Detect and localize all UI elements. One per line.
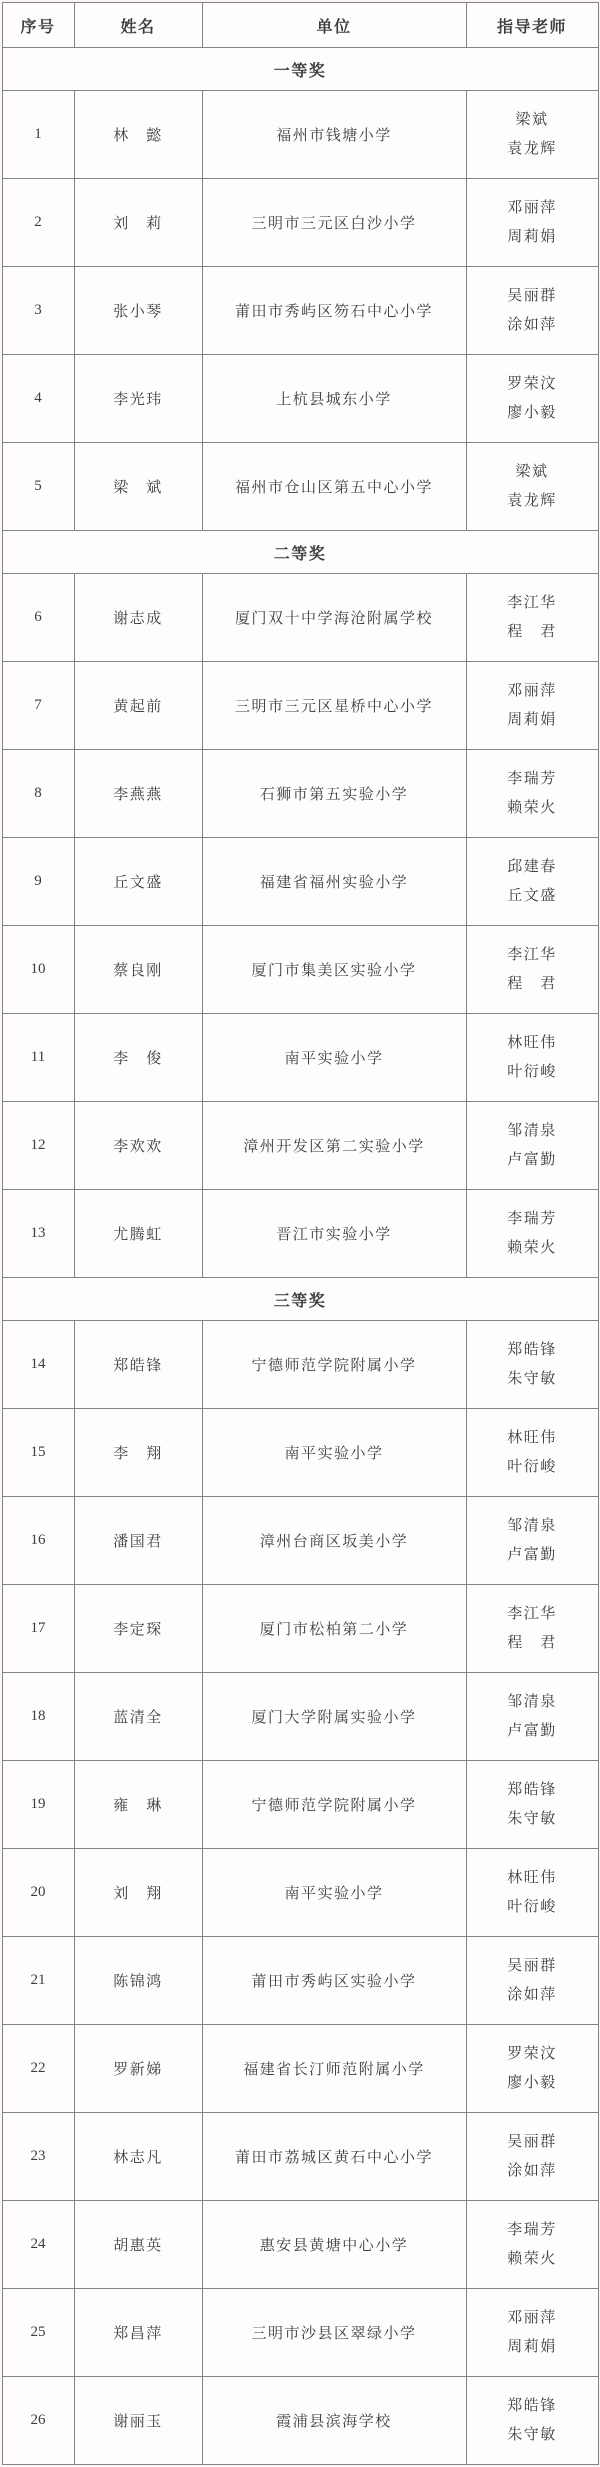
teacher-name: 吴丽群	[467, 288, 598, 304]
cell-no: 25	[2, 2289, 74, 2377]
cell-teachers: 罗荣汶廖小毅	[466, 355, 598, 443]
header-row: 序号 姓名 单位 指导老师	[2, 3, 598, 48]
teacher-name: 邱建春	[467, 859, 598, 875]
table-row: 18蓝清全厦门大学附属实验小学邹清泉卢富勤	[2, 1673, 598, 1761]
section-row: 一等奖	[2, 48, 598, 91]
col-header-unit: 单位	[202, 3, 466, 48]
cell-name: 林 懿	[74, 91, 202, 179]
teacher-name: 林旺伟	[467, 1035, 598, 1051]
cell-unit: 南平实验小学	[202, 1014, 466, 1102]
cell-unit: 三明市沙县区翠绿小学	[202, 2289, 466, 2377]
section-title: 三等奖	[2, 1278, 598, 1321]
cell-name: 李 俊	[74, 1014, 202, 1102]
teacher-name: 赖荣火	[467, 800, 598, 816]
cell-name: 胡惠英	[74, 2201, 202, 2289]
cell-unit: 厦门双十中学海沧附属学校	[202, 574, 466, 662]
cell-name: 蔡良刚	[74, 926, 202, 1014]
cell-name: 雍 琳	[74, 1761, 202, 1849]
cell-teachers: 李瑞芳赖荣火	[466, 2201, 598, 2289]
table-row: 25郑昌萍三明市沙县区翠绿小学邓丽萍周莉娟	[2, 2289, 598, 2377]
section-title: 二等奖	[2, 531, 598, 574]
cell-teachers: 林旺伟叶衍峻	[466, 1014, 598, 1102]
cell-unit: 福建省福州实验小学	[202, 838, 466, 926]
table-row: 9丘文盛福建省福州实验小学邱建春丘文盛	[2, 838, 598, 926]
cell-name: 张小琴	[74, 267, 202, 355]
teacher-name: 罗荣汶	[467, 376, 598, 392]
teacher-name: 赖荣火	[467, 2251, 598, 2267]
cell-unit: 宁德师范学院附属小学	[202, 1321, 466, 1409]
cell-name: 刘 翔	[74, 1849, 202, 1937]
cell-unit: 南平实验小学	[202, 1849, 466, 1937]
teacher-name: 叶衍峻	[467, 1459, 598, 1475]
cell-name: 尤腾虹	[74, 1190, 202, 1278]
cell-name: 李定琛	[74, 1585, 202, 1673]
cell-teachers: 郑皓锋朱守敏	[466, 2377, 598, 2465]
table-row: 17李定琛厦门市松柏第二小学李江华程 君	[2, 1585, 598, 1673]
table-row: 15李 翔南平实验小学林旺伟叶衍峻	[2, 1409, 598, 1497]
table-row: 10蔡良刚厦门市集美区实验小学李江华程 君	[2, 926, 598, 1014]
teacher-name: 朱守敏	[467, 1811, 598, 1827]
teacher-name: 程 君	[467, 976, 598, 992]
cell-unit: 福州市钱塘小学	[202, 91, 466, 179]
teacher-name: 梁斌	[467, 464, 598, 480]
teacher-name: 林旺伟	[467, 1430, 598, 1446]
cell-unit: 莆田市荔城区黄石中心小学	[202, 2113, 466, 2201]
cell-teachers: 李江华程 君	[466, 574, 598, 662]
cell-no: 20	[2, 1849, 74, 1937]
teacher-name: 李江华	[467, 947, 598, 963]
cell-unit: 三明市三元区白沙小学	[202, 179, 466, 267]
teacher-name: 梁斌	[467, 112, 598, 128]
cell-name: 郑昌萍	[74, 2289, 202, 2377]
cell-teachers: 李瑞芳赖荣火	[466, 1190, 598, 1278]
cell-no: 8	[2, 750, 74, 838]
teacher-name: 袁龙辉	[467, 141, 598, 157]
table-row: 22罗新娣福建省长汀师范附属小学罗荣汶廖小毅	[2, 2025, 598, 2113]
cell-name: 李欢欢	[74, 1102, 202, 1190]
teacher-name: 廖小毅	[467, 405, 598, 421]
cell-unit: 福建省长汀师范附属小学	[202, 2025, 466, 2113]
award-table: 序号 姓名 单位 指导老师 一等奖1林 懿福州市钱塘小学梁斌袁龙辉2刘 莉三明市…	[2, 2, 599, 2465]
cell-unit: 漳州台商区坂美小学	[202, 1497, 466, 1585]
table-row: 24胡惠英惠安县黄塘中心小学李瑞芳赖荣火	[2, 2201, 598, 2289]
teacher-name: 涂如萍	[467, 2163, 598, 2179]
cell-no: 16	[2, 1497, 74, 1585]
cell-no: 26	[2, 2377, 74, 2465]
cell-name: 丘文盛	[74, 838, 202, 926]
teacher-name: 周莉娟	[467, 2339, 598, 2355]
teacher-name: 李瑞芳	[467, 1211, 598, 1227]
cell-teachers: 吴丽群涂如萍	[466, 2113, 598, 2201]
cell-no: 10	[2, 926, 74, 1014]
teacher-name: 卢富勤	[467, 1152, 598, 1168]
cell-unit: 厦门市集美区实验小学	[202, 926, 466, 1014]
cell-teachers: 李江华程 君	[466, 1585, 598, 1673]
teacher-name: 李瑞芳	[467, 2222, 598, 2238]
teacher-name: 李江华	[467, 1606, 598, 1622]
teacher-name: 廖小毅	[467, 2075, 598, 2091]
teacher-name: 周莉娟	[467, 712, 598, 728]
teacher-name: 涂如萍	[467, 317, 598, 333]
cell-unit: 南平实验小学	[202, 1409, 466, 1497]
cell-no: 21	[2, 1937, 74, 2025]
cell-teachers: 郑皓锋朱守敏	[466, 1761, 598, 1849]
cell-name: 谢志成	[74, 574, 202, 662]
table-row: 6谢志成厦门双十中学海沧附属学校李江华程 君	[2, 574, 598, 662]
cell-no: 4	[2, 355, 74, 443]
cell-no: 12	[2, 1102, 74, 1190]
table-row: 16潘国君漳州台商区坂美小学邹清泉卢富勤	[2, 1497, 598, 1585]
teacher-name: 李江华	[467, 595, 598, 611]
table-row: 11李 俊南平实验小学林旺伟叶衍峻	[2, 1014, 598, 1102]
cell-no: 9	[2, 838, 74, 926]
cell-teachers: 郑皓锋朱守敏	[466, 1321, 598, 1409]
cell-unit: 石狮市第五实验小学	[202, 750, 466, 838]
cell-unit: 上杭县城东小学	[202, 355, 466, 443]
section-row: 三等奖	[2, 1278, 598, 1321]
cell-name: 陈锦鸿	[74, 1937, 202, 2025]
col-header-no: 序号	[2, 3, 74, 48]
teacher-name: 叶衍峻	[467, 1064, 598, 1080]
table-row: 23林志凡莆田市荔城区黄石中心小学吴丽群涂如萍	[2, 2113, 598, 2201]
cell-unit: 霞浦县滨海学校	[202, 2377, 466, 2465]
teacher-name: 程 君	[467, 1635, 598, 1651]
teacher-name: 郑皓锋	[467, 2398, 598, 2414]
cell-no: 1	[2, 91, 74, 179]
teacher-name: 卢富勤	[467, 1547, 598, 1563]
teacher-name: 邹清泉	[467, 1694, 598, 1710]
table-row: 26谢丽玉霞浦县滨海学校郑皓锋朱守敏	[2, 2377, 598, 2465]
cell-no: 5	[2, 443, 74, 531]
cell-teachers: 罗荣汶廖小毅	[466, 2025, 598, 2113]
cell-unit: 厦门大学附属实验小学	[202, 1673, 466, 1761]
table-row: 7黄起前三明市三元区星桥中心小学邓丽萍周莉娟	[2, 662, 598, 750]
cell-no: 14	[2, 1321, 74, 1409]
cell-no: 15	[2, 1409, 74, 1497]
teacher-name: 邓丽萍	[467, 683, 598, 699]
cell-no: 2	[2, 179, 74, 267]
cell-no: 19	[2, 1761, 74, 1849]
teacher-name: 赖荣火	[467, 1240, 598, 1256]
teacher-name: 叶衍峻	[467, 1899, 598, 1915]
cell-unit: 晋江市实验小学	[202, 1190, 466, 1278]
table-row: 8李燕燕石狮市第五实验小学李瑞芳赖荣火	[2, 750, 598, 838]
teacher-name: 吴丽群	[467, 1958, 598, 1974]
cell-unit: 厦门市松柏第二小学	[202, 1585, 466, 1673]
cell-unit: 福州市仓山区第五中心小学	[202, 443, 466, 531]
teacher-name: 郑皓锋	[467, 1782, 598, 1798]
cell-unit: 惠安县黄塘中心小学	[202, 2201, 466, 2289]
cell-name: 黄起前	[74, 662, 202, 750]
teacher-name: 李瑞芳	[467, 771, 598, 787]
cell-teachers: 梁斌袁龙辉	[466, 443, 598, 531]
cell-no: 7	[2, 662, 74, 750]
table-row: 5梁 斌福州市仓山区第五中心小学梁斌袁龙辉	[2, 443, 598, 531]
teacher-name: 朱守敏	[467, 2427, 598, 2443]
cell-unit: 漳州开发区第二实验小学	[202, 1102, 466, 1190]
cell-name: 刘 莉	[74, 179, 202, 267]
cell-no: 11	[2, 1014, 74, 1102]
cell-unit: 宁德师范学院附属小学	[202, 1761, 466, 1849]
teacher-name: 邓丽萍	[467, 2310, 598, 2326]
cell-teachers: 邓丽萍周莉娟	[466, 662, 598, 750]
teacher-name: 涂如萍	[467, 1987, 598, 2003]
teacher-name: 卢富勤	[467, 1723, 598, 1739]
cell-no: 3	[2, 267, 74, 355]
cell-teachers: 李瑞芳赖荣火	[466, 750, 598, 838]
teacher-name: 郑皓锋	[467, 1342, 598, 1358]
teacher-name: 丘文盛	[467, 888, 598, 904]
cell-name: 谢丽玉	[74, 2377, 202, 2465]
cell-name: 梁 斌	[74, 443, 202, 531]
cell-name: 林志凡	[74, 2113, 202, 2201]
table-row: 21陈锦鸿莆田市秀屿区实验小学吴丽群涂如萍	[2, 1937, 598, 2025]
cell-teachers: 邹清泉卢富勤	[466, 1673, 598, 1761]
col-header-name: 姓名	[74, 3, 202, 48]
cell-name: 李 翔	[74, 1409, 202, 1497]
cell-no: 23	[2, 2113, 74, 2201]
teacher-name: 邹清泉	[467, 1123, 598, 1139]
table-row: 20刘 翔南平实验小学林旺伟叶衍峻	[2, 1849, 598, 1937]
table-row: 1林 懿福州市钱塘小学梁斌袁龙辉	[2, 91, 598, 179]
teacher-name: 罗荣汶	[467, 2046, 598, 2062]
cell-unit: 莆田市秀屿区实验小学	[202, 1937, 466, 2025]
table-row: 13尤腾虹晋江市实验小学李瑞芳赖荣火	[2, 1190, 598, 1278]
teacher-name: 林旺伟	[467, 1870, 598, 1886]
table-row: 3张小琴莆田市秀屿区笏石中心小学吴丽群涂如萍	[2, 267, 598, 355]
cell-teachers: 邱建春丘文盛	[466, 838, 598, 926]
table-row: 19雍 琳宁德师范学院附属小学郑皓锋朱守敏	[2, 1761, 598, 1849]
cell-teachers: 邓丽萍周莉娟	[466, 179, 598, 267]
cell-name: 潘国君	[74, 1497, 202, 1585]
cell-teachers: 邹清泉卢富勤	[466, 1497, 598, 1585]
cell-no: 17	[2, 1585, 74, 1673]
cell-name: 蓝清全	[74, 1673, 202, 1761]
cell-name: 郑皓锋	[74, 1321, 202, 1409]
cell-teachers: 林旺伟叶衍峻	[466, 1849, 598, 1937]
cell-teachers: 吴丽群涂如萍	[466, 267, 598, 355]
cell-name: 李燕燕	[74, 750, 202, 838]
teacher-name: 邹清泉	[467, 1518, 598, 1534]
teacher-name: 周莉娟	[467, 229, 598, 245]
cell-teachers: 邓丽萍周莉娟	[466, 2289, 598, 2377]
cell-no: 22	[2, 2025, 74, 2113]
cell-name: 罗新娣	[74, 2025, 202, 2113]
col-header-teachers: 指导老师	[466, 3, 598, 48]
cell-unit: 莆田市秀屿区笏石中心小学	[202, 267, 466, 355]
table-row: 4李光玮上杭县城东小学罗荣汶廖小毅	[2, 355, 598, 443]
section-row: 二等奖	[2, 531, 598, 574]
table-row: 12李欢欢漳州开发区第二实验小学邹清泉卢富勤	[2, 1102, 598, 1190]
table-row: 14郑皓锋宁德师范学院附属小学郑皓锋朱守敏	[2, 1321, 598, 1409]
table-row: 2刘 莉三明市三元区白沙小学邓丽萍周莉娟	[2, 179, 598, 267]
cell-no: 6	[2, 574, 74, 662]
cell-name: 李光玮	[74, 355, 202, 443]
teacher-name: 邓丽萍	[467, 200, 598, 216]
cell-teachers: 邹清泉卢富勤	[466, 1102, 598, 1190]
cell-unit: 三明市三元区星桥中心小学	[202, 662, 466, 750]
cell-teachers: 吴丽群涂如萍	[466, 1937, 598, 2025]
teacher-name: 朱守敏	[467, 1371, 598, 1387]
teacher-name: 程 君	[467, 624, 598, 640]
cell-teachers: 梁斌袁龙辉	[466, 91, 598, 179]
cell-no: 13	[2, 1190, 74, 1278]
cell-no: 24	[2, 2201, 74, 2289]
cell-teachers: 林旺伟叶衍峻	[466, 1409, 598, 1497]
section-title: 一等奖	[2, 48, 598, 91]
cell-no: 18	[2, 1673, 74, 1761]
teacher-name: 吴丽群	[467, 2134, 598, 2150]
cell-teachers: 李江华程 君	[466, 926, 598, 1014]
teacher-name: 袁龙辉	[467, 493, 598, 509]
